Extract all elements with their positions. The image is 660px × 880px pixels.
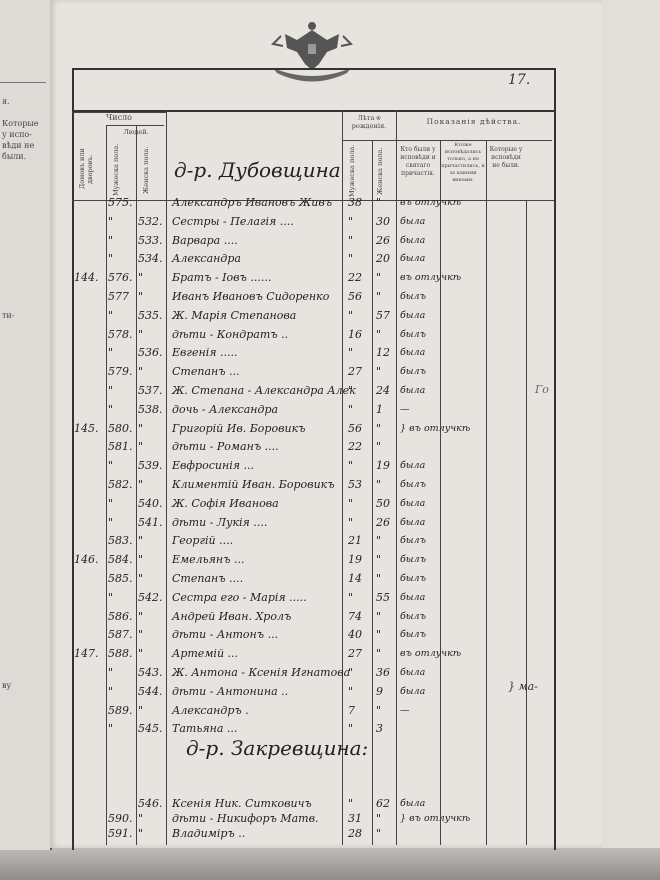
person-name: Александра (172, 253, 241, 265)
male-age: 14 (348, 573, 362, 585)
male-number: " (108, 460, 113, 472)
confession-note: была (400, 460, 425, 472)
person-name: дѣти - Никифоръ Матв. (172, 813, 319, 825)
confession-note: была (400, 498, 425, 510)
female-number: " (138, 423, 143, 435)
female-age: " (376, 629, 381, 641)
male-age: 56 (348, 423, 362, 435)
confession-note: была (400, 385, 425, 397)
female-age: " (376, 272, 381, 284)
female-age: " (376, 423, 381, 435)
person-name: Варвара .... (172, 235, 238, 247)
person-name: Ж. Антона - Ксенія Игнатова (172, 667, 350, 679)
person-name: Емельянъ ... (172, 554, 245, 566)
person-name: дѣти - Лукія .... (172, 517, 267, 529)
male-number: 591. (108, 828, 133, 840)
column-divider (372, 140, 373, 845)
female-age: 3 (376, 723, 383, 735)
header-muzh: Мужеска пола. (112, 142, 132, 198)
female-number: 541. (138, 517, 163, 529)
person-name: Братъ - Іовъ ...... (172, 272, 271, 284)
person-name: Артемій ... (172, 648, 238, 660)
male-number: 581. (108, 441, 133, 453)
column-divider (486, 140, 487, 845)
male-number: " (108, 385, 113, 397)
column-divider (342, 110, 343, 845)
female-age: " (376, 554, 381, 566)
female-age: " (376, 329, 381, 341)
male-age: " (348, 253, 353, 265)
female-number: 542. (138, 592, 163, 604)
male-number: " (108, 592, 113, 604)
female-age: " (376, 828, 381, 840)
male-number: " (108, 686, 113, 698)
male-age: 56 (348, 291, 362, 303)
person-name: Георгій .... (172, 535, 233, 547)
person-name: Ксенія Ник. Ситковичъ (172, 798, 312, 810)
male-number: " (108, 667, 113, 679)
female-age: " (376, 705, 381, 717)
confession-note: была (400, 235, 425, 247)
male-age: " (348, 667, 353, 679)
female-number: 535. (138, 310, 163, 322)
header-col-ne-byli: Которые у исповѣди не были. (487, 146, 525, 170)
person-name: Татьяна ... (172, 723, 237, 735)
female-number: 540. (138, 498, 163, 510)
male-age: " (348, 798, 353, 810)
male-number: " (108, 517, 113, 529)
person-name: Евгенія ..... (172, 347, 238, 359)
female-number: 534. (138, 253, 163, 265)
female-number: " (138, 479, 143, 491)
male-number: " (108, 347, 113, 359)
confession-note: былъ (400, 291, 426, 303)
person-name: Иванъ Ивановъ Сидоренко (172, 291, 329, 303)
header-chislo: Число (72, 114, 166, 122)
male-age: " (348, 686, 353, 698)
person-name: Ж. Степана - Александра Алек (172, 385, 356, 397)
female-number: " (138, 329, 143, 341)
confession-note: была (400, 310, 425, 322)
left-page-edge: я. Которые у испо- вѣди не были. ти- ву (0, 0, 52, 850)
female-number: " (138, 554, 143, 566)
female-number: " (138, 291, 143, 303)
male-age: " (348, 235, 353, 247)
person-name: Александръ Ивановъ Живъ (172, 197, 332, 209)
confession-note: } въ отлучкѣ (400, 423, 470, 435)
person-name: Андрей Иван. Хролъ (172, 611, 291, 623)
confession-note: — (400, 404, 410, 416)
male-number: " (108, 235, 113, 247)
header-leta-zhen: Женска пола. (376, 144, 396, 198)
person-name: Владиміръ .. (172, 828, 245, 840)
column-divider (166, 110, 167, 845)
male-age: " (348, 216, 353, 228)
male-number: 584. (108, 554, 133, 566)
person-name: Климентій Иван. Боровикъ (172, 479, 335, 491)
female-number: 544. (138, 686, 163, 698)
confession-note: была (400, 798, 425, 810)
person-name: Ж. Софія Иванова (172, 498, 279, 510)
female-age: " (376, 648, 381, 660)
confession-note: былъ (400, 479, 426, 491)
confession-note: была (400, 216, 425, 228)
header-pokazaniya: Показанія дѣйства. (396, 118, 552, 126)
male-age: " (348, 498, 353, 510)
confession-note: была (400, 253, 425, 265)
female-number: 546. (138, 798, 163, 810)
male-age: 38 (348, 197, 362, 209)
confession-note: былъ (400, 573, 426, 585)
female-age: 50 (376, 498, 390, 510)
female-number: " (138, 828, 143, 840)
header-zhen: Женска пола. (142, 142, 162, 198)
male-number: 579. (108, 366, 133, 378)
confession-note: былъ (400, 535, 426, 547)
male-number: " (108, 498, 113, 510)
column-divider (136, 125, 137, 845)
confession-note: въ отлучкѣ (400, 197, 461, 209)
column-divider (440, 140, 441, 845)
female-number: " (138, 573, 143, 585)
female-age: 57 (376, 310, 390, 322)
male-number: " (108, 723, 113, 735)
village-title-zakrevshchina: д-р. Закревщина: (186, 736, 368, 760)
person-name: дѣти - Антонина .. (172, 686, 288, 698)
male-number: 575. (108, 197, 133, 209)
person-name: Евфросинія ... (172, 460, 254, 472)
male-age: 16 (348, 329, 362, 341)
confession-note: въ отлучкѣ (400, 272, 461, 284)
male-number: " (108, 310, 113, 322)
confession-note: въ отлучкѣ (400, 648, 461, 660)
confession-note: былъ (400, 629, 426, 641)
female-age: 24 (376, 385, 390, 397)
left-page-header-snippet: я. (2, 96, 10, 107)
person-name: Григорій Ив. Боровикъ (172, 423, 305, 435)
female-number: " (138, 535, 143, 547)
person-name: Сестра его - Марія ..... (172, 592, 307, 604)
female-number: " (138, 366, 143, 378)
male-age: " (348, 385, 353, 397)
person-name: Сестры - Пелагія .... (172, 216, 294, 228)
female-age: 1 (376, 404, 383, 416)
male-age: " (348, 460, 353, 472)
header-leta: Лѣта ѿ рожденія. (342, 114, 396, 130)
male-age: 7 (348, 705, 355, 717)
male-age: 21 (348, 535, 362, 547)
female-age: " (376, 535, 381, 547)
female-number: 543. (138, 667, 163, 679)
female-age: 36 (376, 667, 390, 679)
female-number: " (138, 611, 143, 623)
female-age: " (376, 366, 381, 378)
person-name: дѣти - Кондратъ .. (172, 329, 288, 341)
confession-note: была (400, 686, 425, 698)
left-page-margin-snippet: ти- (2, 310, 14, 321)
male-age: 74 (348, 611, 362, 623)
female-number: 539. (138, 460, 163, 472)
female-age: 55 (376, 592, 390, 604)
male-age: 53 (348, 479, 362, 491)
female-age: " (376, 611, 381, 623)
female-number: " (138, 441, 143, 453)
column-divider (106, 125, 107, 845)
female-number: 533. (138, 235, 163, 247)
male-age: " (348, 347, 353, 359)
confession-note: была (400, 667, 425, 679)
header-col-ne-prich: Кто́же исповѣдались только, а не причаст… (441, 142, 485, 184)
male-number: 590. (108, 813, 133, 825)
village-title-dubovshchina: д-р. Дубовщина (174, 158, 341, 182)
female-age: 19 (376, 460, 390, 472)
male-number: 577 (108, 291, 129, 303)
female-number: 536. (138, 347, 163, 359)
header-col-byli: Кто были у исповѣди и святаго причастія. (397, 146, 439, 178)
confession-note: — (400, 705, 410, 717)
confession-note: была (400, 592, 425, 604)
header-dvorov: Домовъ или дворовъ. (78, 140, 102, 198)
female-number: 538. (138, 404, 163, 416)
household-number: 144. (74, 272, 99, 284)
female-age: 9 (376, 686, 383, 698)
male-age: 27 (348, 648, 362, 660)
male-number: 582. (108, 479, 133, 491)
male-number: " (108, 216, 113, 228)
male-number: 578. (108, 329, 133, 341)
female-age: " (376, 441, 381, 453)
person-name: дочь - Александра (172, 404, 278, 416)
female-number: " (138, 705, 143, 717)
header-lyudey: Людей. (106, 128, 166, 136)
female-age: " (376, 197, 381, 209)
male-age: " (348, 310, 353, 322)
male-number: 589. (108, 705, 133, 717)
person-name: дѣти - Романъ .... (172, 441, 279, 453)
female-age: 12 (376, 347, 390, 359)
female-age: " (376, 573, 381, 585)
female-age: " (376, 291, 381, 303)
header-top-rule (72, 110, 554, 112)
header-leta-muzh: Мужеска пола. (348, 144, 368, 198)
female-age: 30 (376, 216, 390, 228)
female-age: " (376, 813, 381, 825)
female-age: 26 (376, 235, 390, 247)
confession-note: } въ отлучкѣ (400, 813, 470, 825)
male-number: 587. (108, 629, 133, 641)
person-name: дѣти - Антонъ ... (172, 629, 278, 641)
person-name: Ж. Марія Степанова (172, 310, 296, 322)
male-age: " (348, 517, 353, 529)
column-divider (526, 200, 527, 845)
background-table-surface (0, 848, 660, 880)
margin-mark: Го (535, 383, 549, 396)
female-age: " (376, 479, 381, 491)
female-number: 532. (138, 216, 163, 228)
header-rule (342, 140, 552, 141)
page-number: 17. (508, 72, 530, 88)
female-number: 545. (138, 723, 163, 735)
female-age: 62 (376, 798, 390, 810)
male-number: " (108, 253, 113, 265)
confession-note: былъ (400, 554, 426, 566)
confession-note: былъ (400, 329, 426, 341)
confession-note: былъ (400, 611, 426, 623)
male-age: 27 (348, 366, 362, 378)
left-page-bottom-snippet: ву (2, 680, 11, 691)
person-name: Степанъ .... (172, 573, 243, 585)
confession-note: была (400, 517, 425, 529)
header-rule (106, 125, 164, 126)
column-divider (396, 110, 397, 845)
male-age: 22 (348, 272, 362, 284)
female-number: " (138, 629, 143, 641)
male-age: " (348, 592, 353, 604)
female-age: 20 (376, 253, 390, 265)
male-number: 576. (108, 272, 133, 284)
left-page-column-snippet: Которые у испо- вѣди не были. (2, 118, 42, 162)
male-number: " (108, 404, 113, 416)
male-age: 28 (348, 828, 362, 840)
confession-note: была (400, 347, 425, 359)
male-age: 19 (348, 554, 362, 566)
household-number: 147. (74, 648, 99, 660)
male-age: 40 (348, 629, 362, 641)
male-number: 586. (108, 611, 133, 623)
male-number: 585. (108, 573, 133, 585)
household-number: 145. (74, 423, 99, 435)
female-number: " (138, 813, 143, 825)
male-age: " (348, 723, 353, 735)
male-number: 588. (108, 648, 133, 660)
male-number: 583. (108, 535, 133, 547)
male-age: 22 (348, 441, 362, 453)
male-age: 31 (348, 813, 362, 825)
confession-note: былъ (400, 366, 426, 378)
female-number: 537. (138, 385, 163, 397)
household-number: 146. (74, 554, 99, 566)
side-note: } ма- (508, 680, 538, 693)
left-page-rule (0, 82, 46, 83)
male-number: 580. (108, 423, 133, 435)
male-age: " (348, 404, 353, 416)
female-age: 26 (376, 517, 390, 529)
person-name: Александръ . (172, 705, 249, 717)
person-name: Степанъ ... (172, 366, 240, 378)
female-number: " (138, 272, 143, 284)
female-number: " (138, 648, 143, 660)
